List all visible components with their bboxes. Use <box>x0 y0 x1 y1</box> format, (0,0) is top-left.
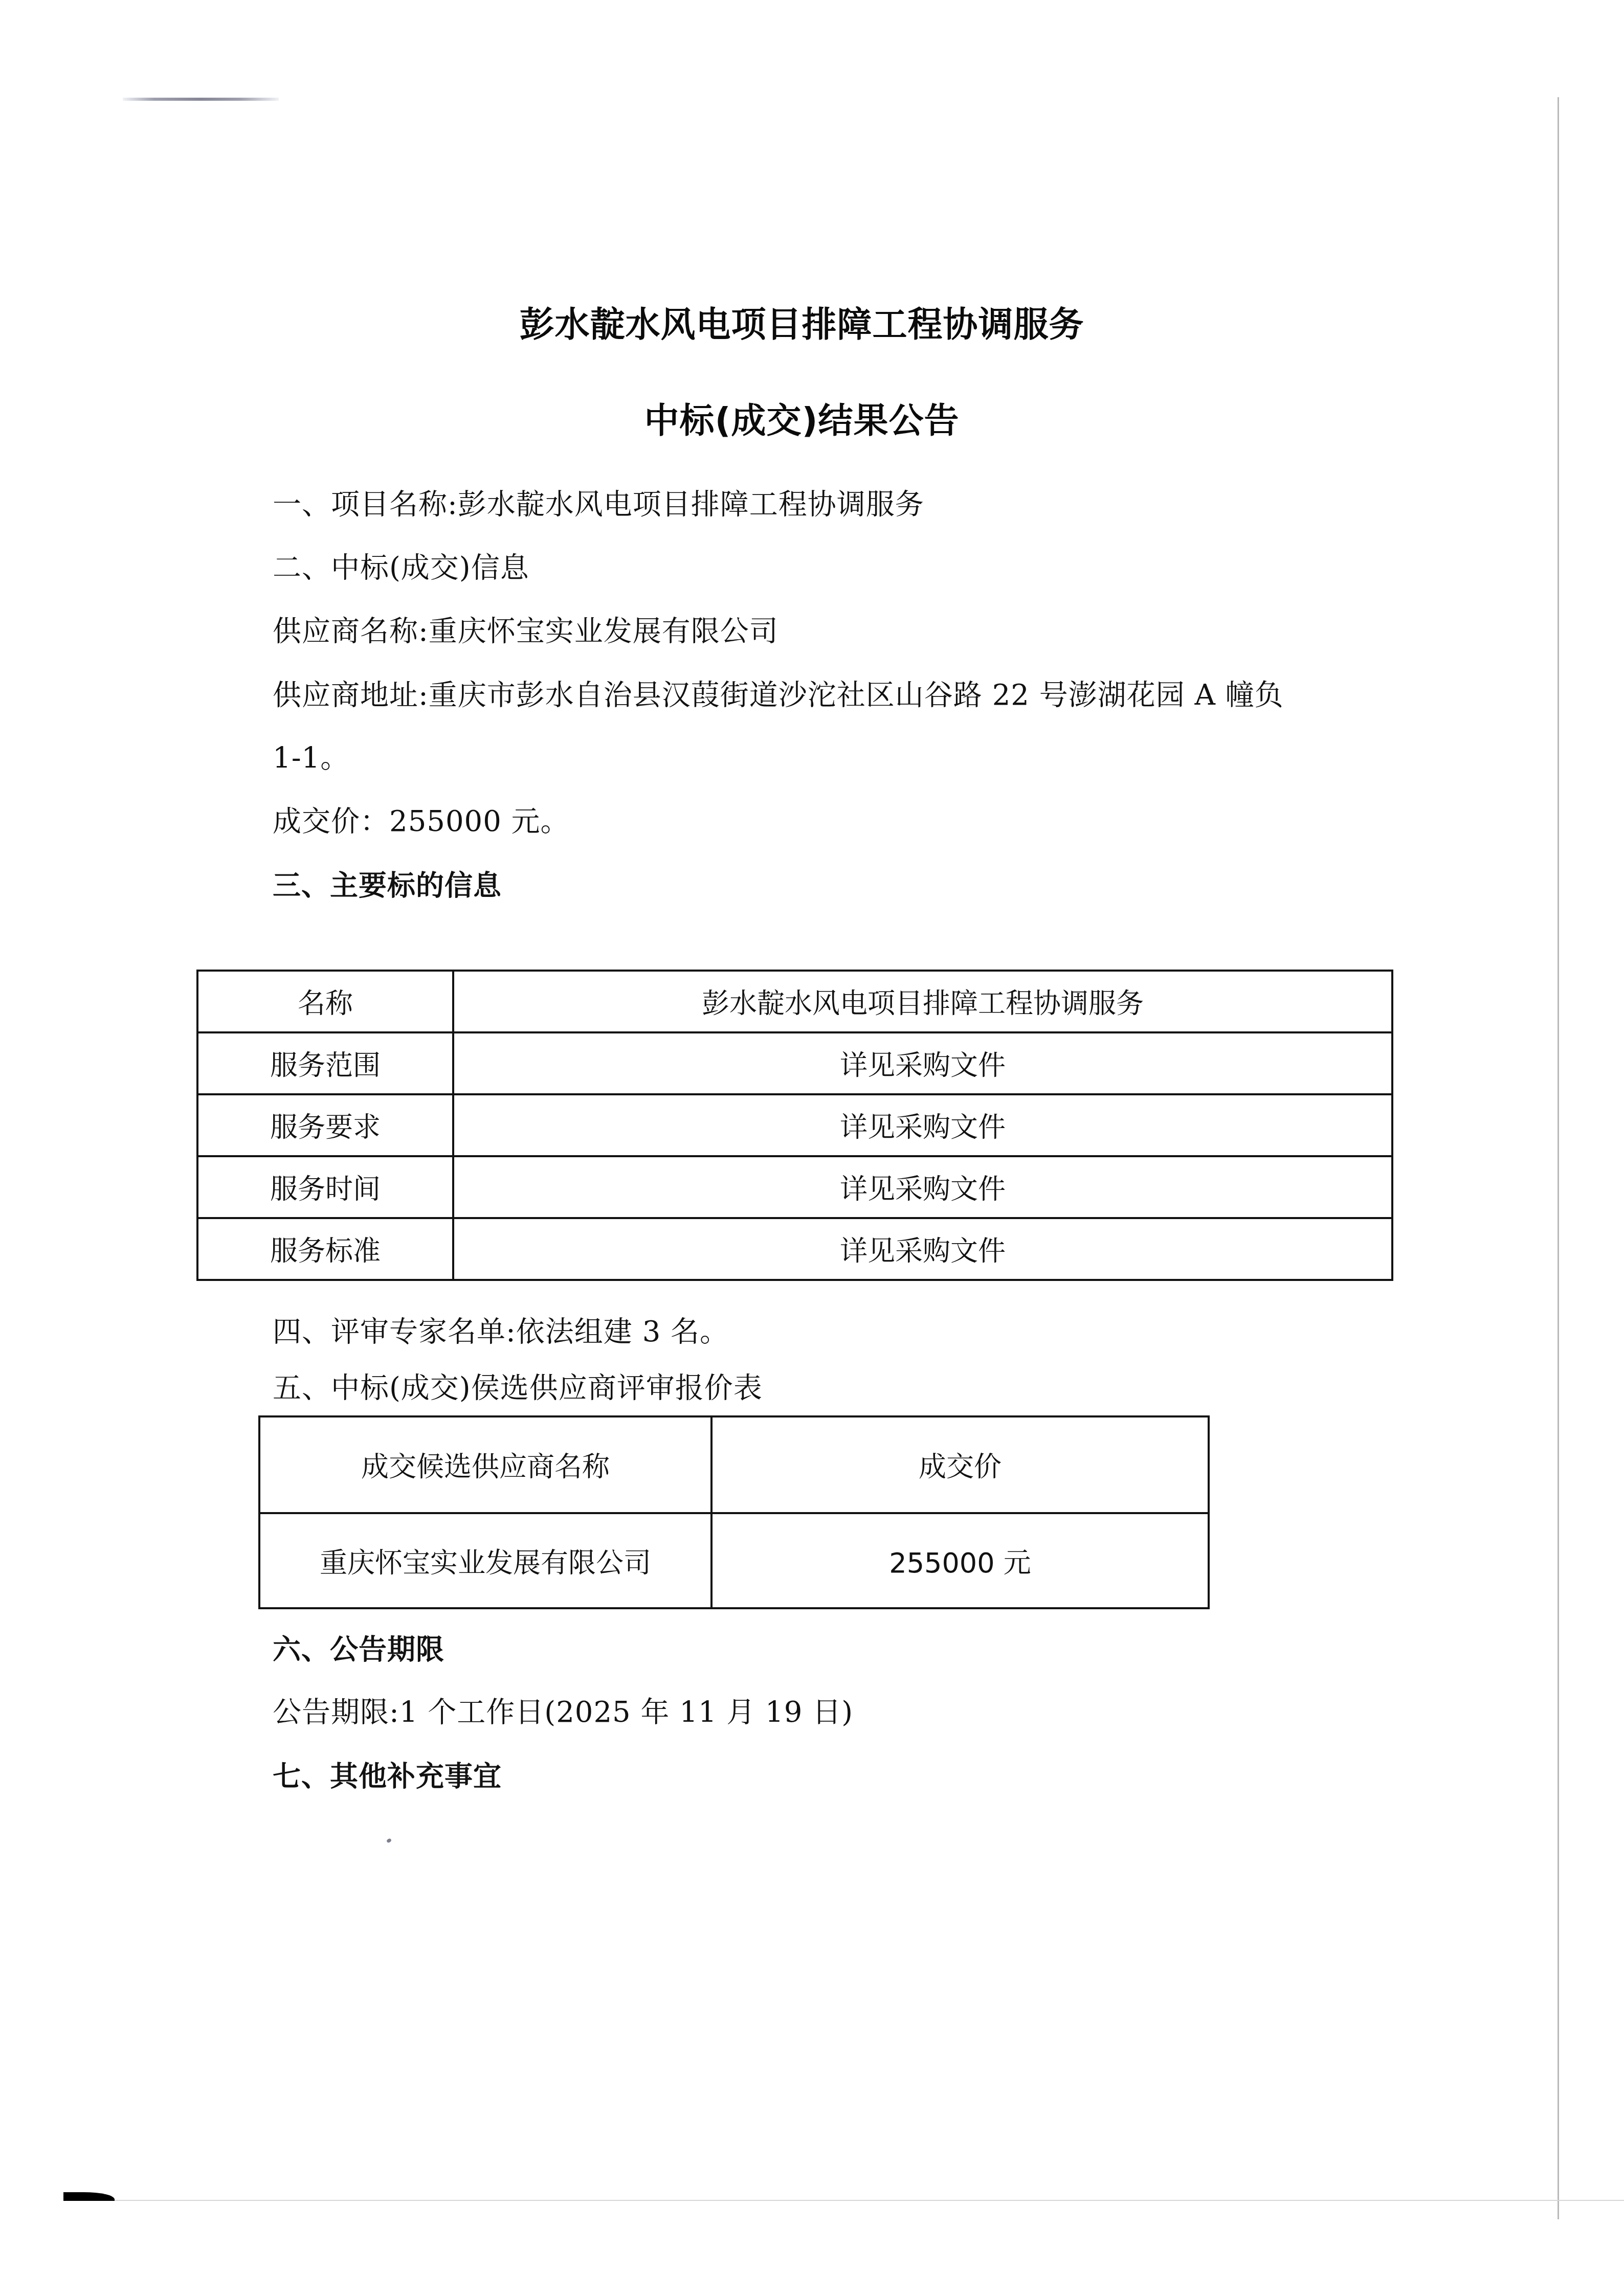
table-cell-value: 详见采购文件 <box>453 1156 1392 1218</box>
table-cell-value: 详见采购文件 <box>453 1032 1392 1094</box>
scan-artifact-bottom-mark <box>63 2192 115 2201</box>
table-cell-value: 彭水靛水风电项目排障工程协调服务 <box>453 971 1392 1032</box>
table-header-row: 成交候选供应商名称 成交价 <box>259 1416 1209 1513</box>
supplier-address-line1: 供应商地址:重庆市彭水自治县汉葭街道沙沱社区山谷路 22 号澎湖花园 A 幢负 <box>273 678 1284 713</box>
table-cell-key: 服务范围 <box>197 1032 453 1094</box>
document-subtitle: 中标(成交)结果公告 <box>0 401 1614 442</box>
supplier-name: 供应商名称:重庆怀宝实业发展有限公司 <box>273 614 778 649</box>
table-row: 服务标准 详见采购文件 <box>197 1218 1392 1280</box>
table-row: 重庆怀宝实业发展有限公司 255000 元 <box>259 1513 1209 1608</box>
deal-price: 成交价：255000 元。 <box>273 804 570 840</box>
table-header-supplier: 成交候选供应商名称 <box>259 1416 711 1513</box>
table-row: 服务范围 详见采购文件 <box>197 1032 1392 1094</box>
scan-artifact-bottom-edge <box>113 2200 1624 2201</box>
table-row: 名称 彭水靛水风电项目排障工程协调服务 <box>197 971 1392 1032</box>
section-main-info-heading: 三、主要标的信息 <box>273 867 502 903</box>
table-cell-key: 服务要求 <box>197 1094 453 1156</box>
section-expert-list: 四、评审专家名单:依法组建 3 名。 <box>273 1314 729 1350</box>
table-cell-value: 详见采购文件 <box>453 1094 1392 1156</box>
scan-artifact-speck <box>386 1838 392 1843</box>
table-header-price: 成交价 <box>711 1416 1209 1513</box>
section-project-name: 一、项目名称:彭水靛水风电项目排障工程协调服务 <box>273 487 924 523</box>
table-cell-key: 名称 <box>197 971 453 1032</box>
main-info-table: 名称 彭水靛水风电项目排障工程协调服务 服务范围 详见采购文件 服务要求 详见采… <box>196 970 1393 1281</box>
section-other-matters-heading: 七、其他补充事宜 <box>273 1758 502 1794</box>
scan-artifact-top-line <box>123 98 279 101</box>
table-cell-value: 详见采购文件 <box>453 1218 1392 1280</box>
table-cell-price: 255000 元 <box>711 1513 1209 1608</box>
document-title: 彭水靛水风电项目排障工程协调服务 <box>0 305 1614 346</box>
table-cell-key: 服务标准 <box>197 1218 453 1280</box>
section-award-info-heading: 二、中标(成交)信息 <box>273 550 529 586</box>
table-cell-supplier: 重庆怀宝实业发展有限公司 <box>259 1513 711 1608</box>
candidate-price-table: 成交候选供应商名称 成交价 重庆怀宝实业发展有限公司 255000 元 <box>258 1415 1210 1609</box>
table-row: 服务时间 详见采购文件 <box>197 1156 1392 1218</box>
section-price-table-heading: 五、中标(成交)侯选供应商评审报价表 <box>273 1370 763 1406</box>
table-cell-key: 服务时间 <box>197 1156 453 1218</box>
table-row: 服务要求 详见采购文件 <box>197 1094 1392 1156</box>
section-notice-period-heading: 六、公告期限 <box>273 1631 444 1667</box>
supplier-address-line2: 1-1。 <box>273 740 349 776</box>
notice-period: 公告期限:1 个工作日(2025 年 11 月 19 日) <box>273 1695 853 1730</box>
